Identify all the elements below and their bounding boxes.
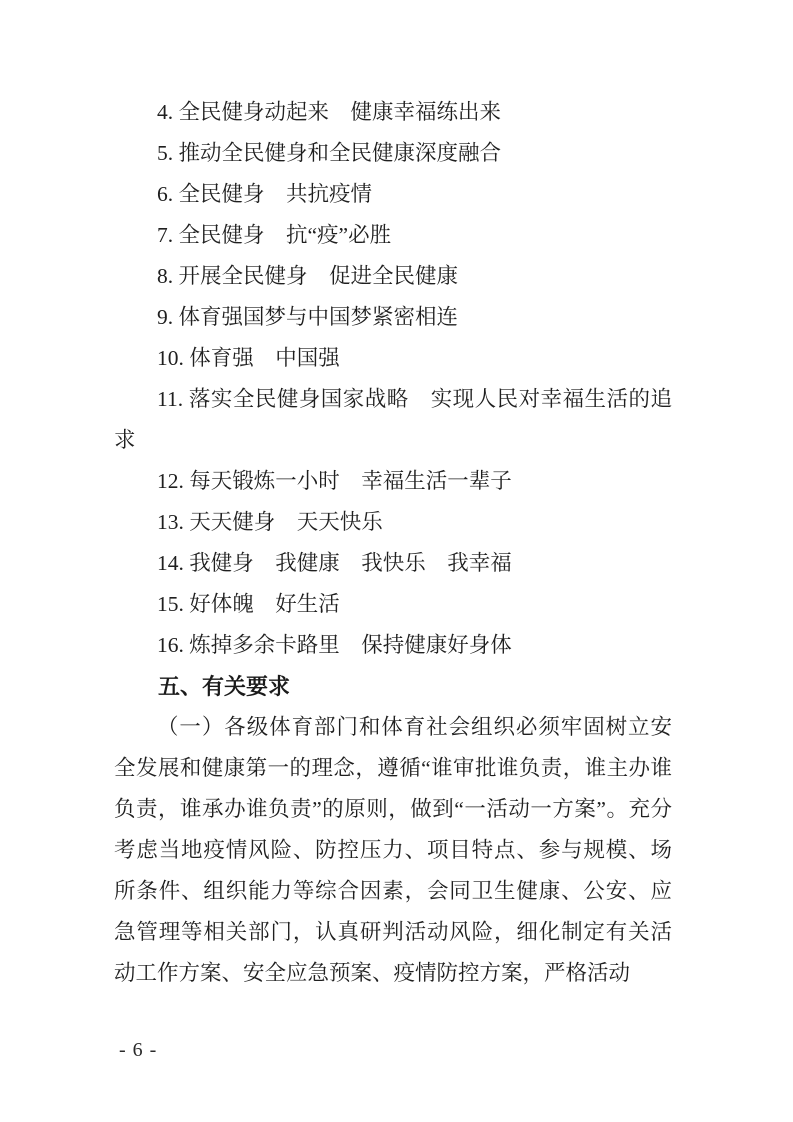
list-item: 14. 我健身 我健康 我快乐 我幸福 [114, 543, 672, 584]
list-item: 15. 好体魄 好生活 [114, 584, 672, 625]
list-item: 9. 体育强国梦与中国梦紧密相连 [114, 297, 672, 338]
section-heading: 五、有关要求 [114, 666, 672, 707]
list-item: 7. 全民健身 抗“疫”必胜 [114, 215, 672, 256]
document-page: 4. 全民健身动起来 健康幸福练出来 5. 推动全民健身和全民健康深度融合 6.… [0, 0, 793, 1122]
list-item: 11. 落实全民健身国家战略 实现人民对幸福生活的追求 [114, 379, 672, 461]
list-item: 16. 炼掉多余卡路里 保持健康好身体 [114, 625, 672, 666]
list-item: 8. 开展全民健身 促进全民健康 [114, 256, 672, 297]
list-item: 13. 天天健身 天天快乐 [114, 502, 672, 543]
body-paragraph: （一）各级体育部门和体育社会组织必须牢固树立安全发展和健康第一的理念，遵循“谁审… [114, 707, 672, 994]
list-item: 4. 全民健身动起来 健康幸福练出来 [114, 92, 672, 133]
list-item: 12. 每天锻炼一小时 幸福生活一辈子 [114, 461, 672, 502]
list-item: 5. 推动全民健身和全民健康深度融合 [114, 133, 672, 174]
list-item: 6. 全民健身 共抗疫情 [114, 174, 672, 215]
list-item: 10. 体育强 中国强 [114, 338, 672, 379]
page-number: - 6 - [119, 1038, 157, 1062]
